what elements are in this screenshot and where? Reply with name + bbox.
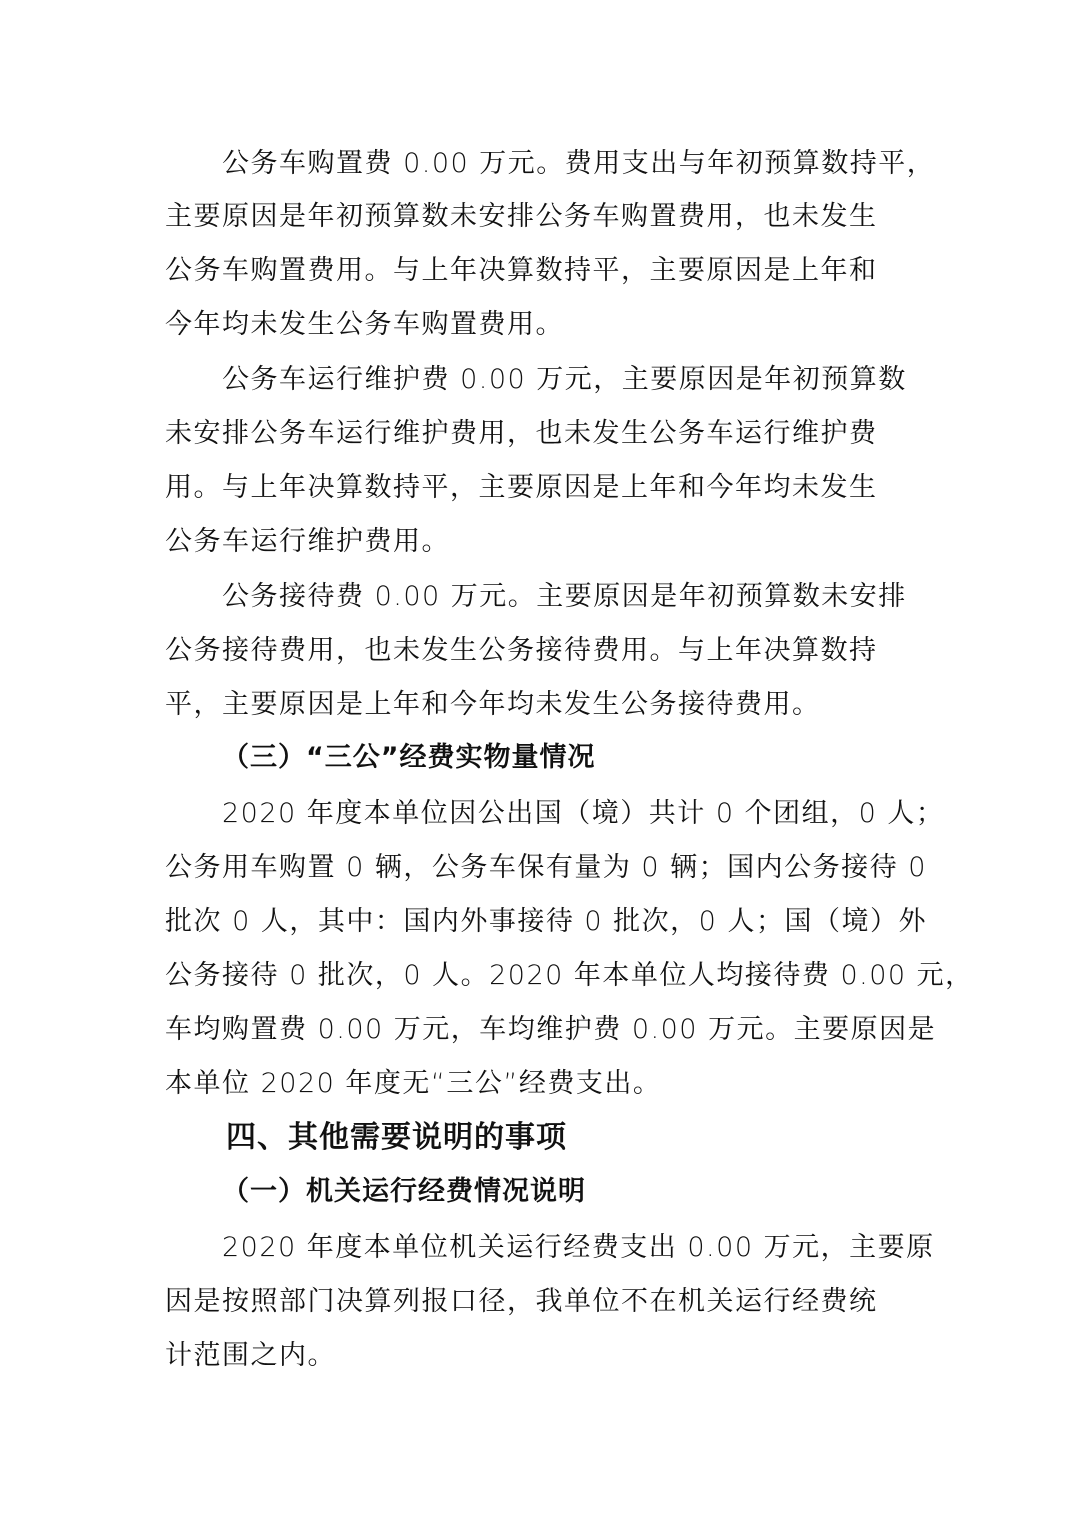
document-page: 公务车购置费 0.00 万元。费用支出与年初预算数持平， 主要原因是年初预算数未… <box>0 0 1074 1520</box>
section-heading-4: 四、其他需要说明的事项 <box>226 1119 567 1157</box>
text-line: 公务车购置费 0.00 万元。费用支出与年初预算数持平， <box>222 147 935 181</box>
text-line: 未安排公务车运行维护费用，也未发生公务车运行维护费 <box>165 417 878 451</box>
text-line: 公务车购置费用。与上年决算数持平，主要原因是上年和 <box>165 254 878 288</box>
text-line: 平，主要原因是上年和今年均未发生公务接待费用。 <box>165 688 821 722</box>
text-line: 本单位 2020 年度无“三公”经费支出。 <box>165 1067 661 1101</box>
text-line: 因是按照部门决算列报口径，我单位不在机关运行经费统 <box>165 1285 878 1319</box>
section-heading-4-1: （一）机关运行经费情况说明 <box>222 1175 586 1209</box>
text-line: 公务车运行维护费 0.00 万元，主要原因是年初预算数 <box>222 363 907 397</box>
text-line: 2020 年度本单位机关运行经费支出 0.00 万元，主要原 <box>222 1231 935 1265</box>
text-line: 公务车运行维护费用。 <box>165 525 450 559</box>
text-line: 公务接待费 0.00 万元。主要原因是年初预算数未安排 <box>222 580 907 614</box>
text-line: 车均购置费 0.00 万元，车均维护费 0.00 万元。主要原因是 <box>165 1013 936 1047</box>
text-line: 批次 0 人，其中：国内外事接待 0 批次，0 人；国（境）外 <box>165 905 927 939</box>
text-line: 2020 年度本单位因公出国（境）共计 0 个团组，0 人； <box>222 797 944 831</box>
text-line: 公务接待费用，也未发生公务接待费用。与上年决算数持 <box>165 634 878 668</box>
text-line: 主要原因是年初预算数未安排公务车购置费用，也未发生 <box>165 200 878 234</box>
section-heading-3: （三）“三公”经费实物量情况 <box>222 741 596 775</box>
text-line: 公务接待 0 批次，0 人。2020 年本单位人均接待费 0.00 元， <box>165 959 974 993</box>
text-line: 公务用车购置 0 辆，公务车保有量为 0 辆；国内公务接待 0 <box>165 851 927 885</box>
text-line: 用。与上年决算数持平，主要原因是上年和今年均未发生 <box>165 471 878 505</box>
text-line: 计范围之内。 <box>165 1339 336 1373</box>
text-line: 今年均未发生公务车购置费用。 <box>165 308 564 342</box>
